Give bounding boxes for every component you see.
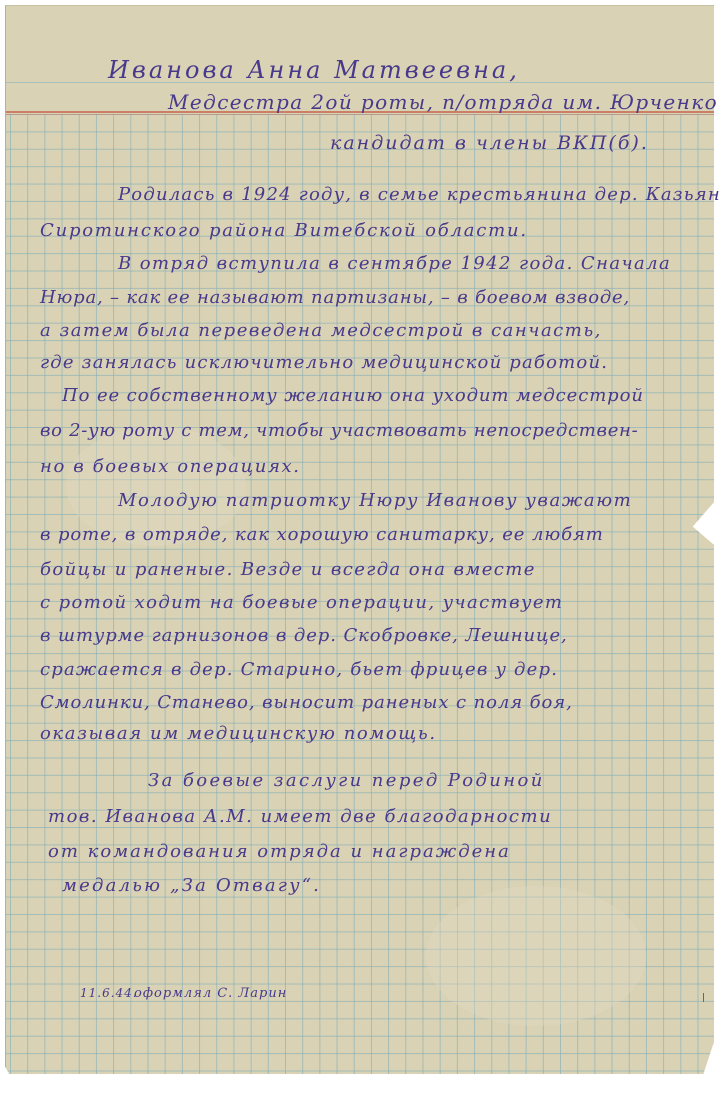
pen-mark (703, 993, 704, 1002)
body-line: а затем была переведена медсестрой в сан… (40, 320, 602, 341)
body-line: По ее собственному желанию она уходит ме… (62, 385, 644, 406)
body-line: Нюра, – как ее называют партизаны, – в б… (40, 287, 630, 308)
person-name: Иванова Анна Матвеевна, (108, 56, 520, 84)
award-line: тов. Иванова А.М. имеет две благодарност… (48, 806, 552, 827)
body-line: оказывая им медицинскую помощь. (40, 723, 437, 744)
award-line: от командования отряда и награждена (48, 841, 511, 862)
body-line: Смолинки, Станево, выносит раненых с пол… (40, 692, 573, 713)
signature: оформлял С. Ларин (134, 986, 287, 1001)
body-line: в штурме гарнизонов в дер. Скобровке, Ле… (40, 625, 568, 646)
award-line: медалью „За Отвагу“. (62, 875, 321, 896)
body-line: сражается в дер. Старино, бьет фрицев у … (40, 659, 558, 680)
body-line: В отряд вступила в сентябре 1942 года. С… (118, 253, 671, 274)
body-line: Сиротинского района Витебской области. (40, 220, 528, 241)
body-line: но в боевых операциях. (40, 456, 301, 477)
document-date: 11.6.44. (80, 986, 138, 1000)
award-line: За боевые заслуги перед Родиной (148, 770, 545, 791)
body-line: где занялась исключительно медицинской р… (40, 352, 608, 373)
body-line: в роте, в отряде, как хорошую санитарку,… (40, 524, 604, 545)
red-margin-line-shadow (6, 114, 714, 115)
body-line: Родилась в 1924 году, в семье крестьянин… (118, 184, 721, 205)
body-line: с ротой ходит на боевые операции, участв… (40, 592, 563, 613)
body-line: Молодую патриотку Нюру Иванову уважают (118, 490, 632, 511)
party-status: кандидат в члены ВКП(б). (330, 132, 649, 154)
body-line: бойцы и раненые. Везде и всегда она вмес… (40, 559, 536, 580)
paper-stain (426, 886, 646, 1026)
person-position: Медсестра 2ой роты, п/отряда им. Юрченко (168, 90, 718, 114)
body-line: во 2-ую роту с тем, чтобы участвовать не… (40, 420, 638, 441)
